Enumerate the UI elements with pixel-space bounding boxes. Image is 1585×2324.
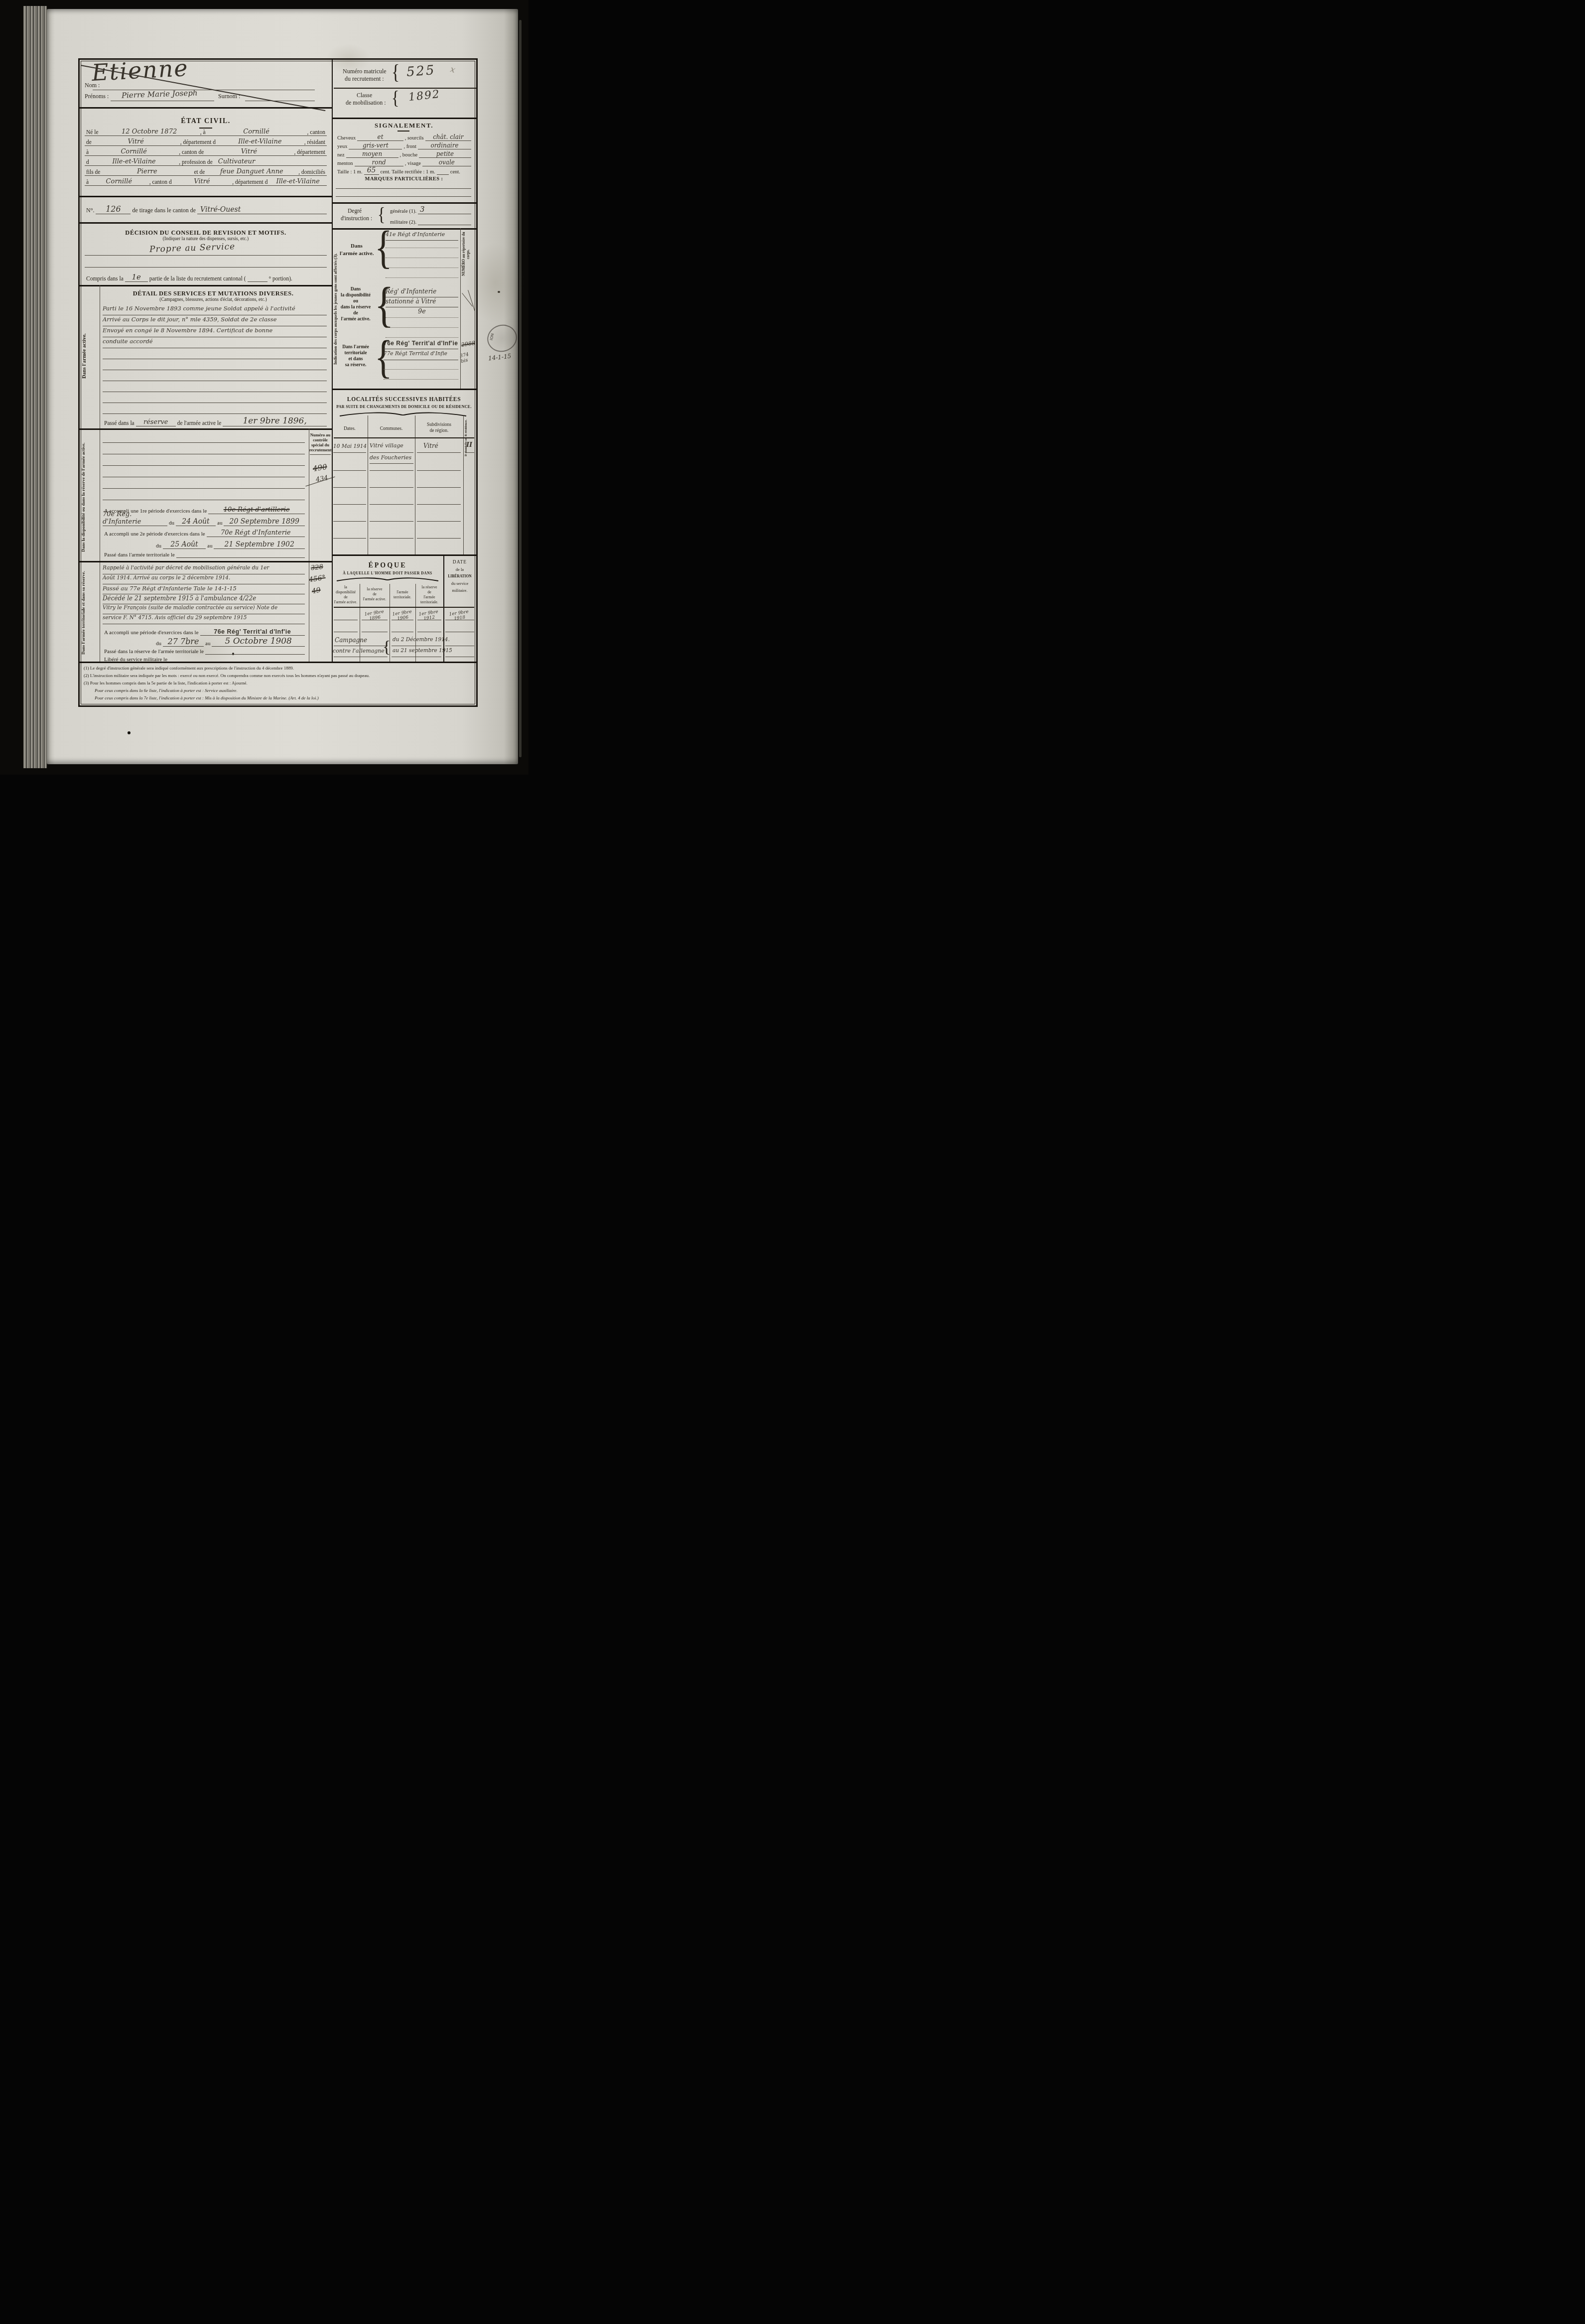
departement4-label: , département d xyxy=(232,179,267,185)
de-label: de xyxy=(86,139,92,145)
localites-subtitle: PAR SUITE DE CHANGEMENTS DE DOMICILE OU … xyxy=(332,405,476,409)
blank-rule xyxy=(445,632,474,632)
scanned-photo: Nom : Etienne Prénoms : Pierre Marie Jos… xyxy=(0,0,528,775)
bouche-value: petite xyxy=(419,150,471,158)
section-rule xyxy=(332,554,476,556)
passe-territoriale-label: Passé dans l'armée territoriale le xyxy=(104,552,175,558)
corps-numero-rule xyxy=(460,228,461,389)
tirage-no-label: N°. xyxy=(86,207,94,214)
corps-active-label-1: Dans xyxy=(351,243,363,249)
blank-rule xyxy=(333,538,366,539)
row-rule xyxy=(465,452,474,453)
epoque-value-reserve-terr: 1er 9bre 1912 xyxy=(414,609,444,623)
prenoms-label: Prénoms : xyxy=(85,93,109,100)
blank-rule xyxy=(445,657,474,657)
row-rule xyxy=(392,646,441,646)
compris-pre: Compris dans la xyxy=(86,276,124,282)
section-rule xyxy=(80,561,332,562)
periode1-line2: 70e Rég. d'Infanterie du 24 Août au 20 S… xyxy=(103,515,305,526)
corps-numero-label: NUMÉRO au répertoire du corps. xyxy=(461,230,475,278)
residence-commune-value: Cornillé xyxy=(90,148,177,155)
periode2-au-value: 21 Septembre 1902 xyxy=(214,541,305,549)
section-rule xyxy=(80,196,332,197)
localites-row-commune-2: des Foucheries xyxy=(370,454,414,461)
section-rule xyxy=(80,222,332,224)
epoque-col4-line2: de xyxy=(415,590,443,594)
epoque-title: ÉPOQUE xyxy=(332,562,443,570)
bouche-label: , bouche xyxy=(400,152,418,158)
corps-terr-handwritten: 77e Régt Territal d'Infie xyxy=(384,351,458,360)
localites-col-dates: Dates. xyxy=(332,426,368,431)
campagne-brace: { xyxy=(383,638,391,657)
mere-value: feue Danguet Anne xyxy=(206,168,297,175)
row-rule xyxy=(370,452,413,453)
compris-line: Compris dans la 1e partie de la liste du… xyxy=(85,272,327,282)
localites-col-subdiv-1: Subdivisions xyxy=(415,422,463,427)
degre-generale-value: 3 xyxy=(418,205,471,214)
taille-post: cent. xyxy=(450,169,460,175)
corps-dispo-label-2: la disponibilité xyxy=(335,293,377,298)
degre-label-2: d'instruction : xyxy=(341,216,372,222)
periode2-corps: 70e Régt d'Infanterie xyxy=(207,529,305,537)
campagne-line-2: contre l'allemagne xyxy=(333,648,385,654)
matricule-label-line1: Numéro matricule xyxy=(343,68,387,75)
matricule-form: Nom : Etienne Prénoms : Pierre Marie Jos… xyxy=(78,58,478,707)
menton-value: rond xyxy=(355,159,403,166)
epoque-date-label-5: militaire. xyxy=(443,588,476,593)
book-page-stack-edge xyxy=(23,6,47,768)
epoque-col1-line2: disponibilité xyxy=(332,590,360,594)
localites-row-date: 10 Mai 1914 xyxy=(333,443,367,449)
blank-dotted-rule xyxy=(386,267,458,268)
services-title: DÉTAIL DES SERVICES ET MUTATIONS DIVERSE… xyxy=(100,290,327,297)
blank-rule xyxy=(85,267,327,268)
blank-rule xyxy=(417,538,461,539)
front-value: ordinaire xyxy=(418,142,471,149)
taille-mid: cent. Taille rectifiée : 1 m. xyxy=(381,169,435,175)
ne-le-value: 12 Octobre 1872 xyxy=(100,128,199,136)
passe-mid: de l'armée active le xyxy=(177,420,222,426)
corps-terr-number-struck: 2988 xyxy=(461,340,476,348)
stamp-text-fragment: ION xyxy=(489,333,495,341)
blank-rule xyxy=(362,632,388,632)
epoque-col4-line3: l'armée xyxy=(415,595,443,599)
epoque-col4-line4: territoriale. xyxy=(415,600,443,604)
passe-value: réserve xyxy=(136,418,176,426)
departement-label: , département d xyxy=(180,139,216,145)
domicile-commune-value: Cornillé xyxy=(90,178,148,185)
margin-number-3: 49 xyxy=(311,586,321,596)
degre-militaire-line: militaire (2). xyxy=(389,217,471,225)
degre-generale-line: générale (1). 3 xyxy=(389,206,471,214)
matricule-value: 525 xyxy=(406,63,436,80)
departement4-value: Ille-et-Vilaine xyxy=(269,178,327,185)
signalement-line3: nez moyen , bouche petite xyxy=(336,149,471,158)
blank-rule xyxy=(103,454,305,454)
blank-rule xyxy=(103,359,327,359)
epoque-date-label-4: du service xyxy=(443,581,476,586)
a4-label: à xyxy=(86,179,89,185)
blank-rule xyxy=(370,487,413,488)
localites-row-subdivision: Vitré xyxy=(423,442,458,449)
campagne-line-1: Campagne xyxy=(335,637,367,644)
terr-au-value: 5 Octobre 1908 xyxy=(212,636,305,647)
cheveux-label: Cheveux xyxy=(337,136,356,141)
blank-rule xyxy=(103,370,327,370)
blank-dotted-rule xyxy=(384,369,458,370)
controle-header: Numéro au contrôle spécial du recrutemen… xyxy=(309,432,331,452)
pere-value: Pierre xyxy=(102,168,192,175)
blank-rule xyxy=(103,381,327,381)
blank-dotted-rule xyxy=(386,257,458,258)
blank-rule xyxy=(103,442,305,443)
a2-label: à xyxy=(86,149,89,155)
etat-civil-line6: à Cornillé , canton d Vitré , départemen… xyxy=(85,175,327,186)
row-rule xyxy=(334,657,388,657)
passe-reserve-line: Passé dans la réserve de l'armée active … xyxy=(103,415,327,426)
sourcils-label: , sourcils xyxy=(405,136,424,141)
canton4-label: , canton d xyxy=(149,179,172,185)
pencil-scribble xyxy=(468,290,475,311)
footnote-3: (3) Pour les hommes compris dans la 5e p… xyxy=(84,681,473,685)
lieu-naissance-value: Cornillé xyxy=(207,128,306,136)
corps-terr-label-3: et dans xyxy=(335,357,377,362)
controle-header-rule xyxy=(310,454,331,455)
profession-value: Cultivateur xyxy=(214,158,327,165)
periode2-du-label: du xyxy=(156,543,161,549)
degre-militaire-label: militaire (2). xyxy=(390,220,416,225)
services-subtitle: (Campagnes, blessures, actions d'éclat, … xyxy=(100,297,327,302)
signalement-dash xyxy=(397,131,409,132)
epoque-col2-line3: l'armée active. xyxy=(360,597,390,601)
localites-row-commune-1: Vitré village xyxy=(370,442,414,449)
footnotes-top-rule xyxy=(80,662,476,663)
tirage-line: N°. 126 de tirage dans le canton de Vitr… xyxy=(85,203,327,214)
periode1-au-value: 20 Septembre 1899 xyxy=(224,518,305,526)
compris-post: ° portion). xyxy=(269,276,292,282)
signalement-title: SIGNALEMENT. xyxy=(332,122,476,130)
header-bottom-rule-right xyxy=(332,118,476,119)
classe-label-line1: Classe xyxy=(357,92,372,99)
blank-rule xyxy=(370,521,413,522)
etat-civil-line3: à Cornillé , canton de Vitré , départeme… xyxy=(85,145,327,156)
side-label-disponibilite: Dans la disponibilité ou dans la réserve… xyxy=(81,436,93,558)
corps-dispo-label-4: dans la réserve xyxy=(335,305,377,310)
terr-line4: Décédé le 21 septembre 1915 à l'ambulanc… xyxy=(103,595,305,604)
corps-terr-label-2: territoriale xyxy=(335,351,377,356)
decision-title: DÉCISION DU CONSEIL DE REVISION ET MOTIF… xyxy=(80,229,332,237)
passe-date: 1er 9bre 1896, xyxy=(223,416,327,426)
blank-rule xyxy=(103,413,327,414)
blank-rule xyxy=(392,632,413,632)
compris-mid: partie de la liste du recrutement canton… xyxy=(149,276,246,282)
matricule-label-line2: du recrutement : xyxy=(345,75,384,83)
etat-civil-line5: fils de Pierre et de feue Danguet Anne ,… xyxy=(85,165,327,176)
epoque-col1-line3: de xyxy=(332,595,360,599)
surnom-label: Surnom : xyxy=(218,93,240,100)
row-rule xyxy=(334,646,388,646)
blank-rule xyxy=(370,538,413,539)
blank-rule xyxy=(362,620,388,620)
row-rule xyxy=(370,463,413,464)
epoque-value-reserve-active: 1er 9bre 1896 xyxy=(358,609,391,623)
header-bottom-rule-left xyxy=(80,107,332,109)
side-label-rule xyxy=(100,285,100,662)
blank-rule xyxy=(417,632,441,632)
row-rule xyxy=(392,657,441,657)
side-label-armee-active: Dans l'armée active. xyxy=(82,294,90,418)
corps-dispo-label-1: Dans xyxy=(335,287,377,292)
sourcils-value: chât. clair xyxy=(425,134,471,141)
blank-rule xyxy=(103,500,305,500)
register-page: Nom : Etienne Prénoms : Pierre Marie Jos… xyxy=(47,9,518,764)
ornament-brace xyxy=(336,577,439,581)
localites-col-subdiv-2: de région. xyxy=(415,428,463,433)
taille-line: Taille : 1 m. 65 cent. Taille rectifiée … xyxy=(336,166,471,175)
nez-label: nez xyxy=(337,152,345,158)
signalement-line2: yeux gris-vert , front ordinaire xyxy=(336,141,471,149)
blank-rule xyxy=(103,392,327,392)
controle-number-old: 490 xyxy=(312,462,328,473)
blank-dotted-rule xyxy=(386,277,458,278)
services-line2: Arrivé au Corps le dit jour, n° mle 4359… xyxy=(103,316,327,326)
row-rule xyxy=(333,452,366,453)
etat-civil-title: ÉTAT CIVIL. xyxy=(80,118,332,126)
side-label-territoriale: Dans l'armée territoriale et dans sa rés… xyxy=(81,568,93,658)
visage-value: ovale xyxy=(422,159,471,166)
blank-rule xyxy=(103,403,327,403)
periode2-pre: A accompli une 2e période d'exercices da… xyxy=(104,531,205,537)
canton2-value: Vitré xyxy=(205,148,292,155)
campagne-au-value: au 21 septembre 1915 xyxy=(393,648,457,654)
canton-naissance-value: Vitré xyxy=(93,138,179,145)
next-page-edge xyxy=(519,20,522,757)
localites-col-rule-2 xyxy=(415,415,415,554)
blank-rule xyxy=(370,504,413,505)
row-rule xyxy=(417,452,461,453)
compris-blank xyxy=(248,281,267,282)
footnote-5: Pour ceux compris dans la 7e liste, l'in… xyxy=(95,695,473,700)
blank-rule xyxy=(103,465,305,466)
periode1-corps: 70e Rég. d'Infanterie xyxy=(103,511,167,526)
periode2-au-label: au xyxy=(207,543,212,549)
classe-value: 1892 xyxy=(408,88,441,104)
epoque-date-label-1: DATE xyxy=(443,560,476,565)
localites-title: LOCALITÉS SUCCESSIVES HABITÉES xyxy=(332,397,476,403)
blank-rule xyxy=(336,196,471,197)
footnote-1: (1) Le degré d'instruction générale sera… xyxy=(84,666,473,671)
nom-rule xyxy=(93,90,315,90)
fils-de-label: fils de xyxy=(86,169,100,175)
localites-header-rule xyxy=(334,437,474,438)
ink-dot xyxy=(128,731,131,734)
periode1-au-label: au xyxy=(217,520,222,526)
blank-rule xyxy=(334,620,358,620)
passe-territoriale-blank xyxy=(176,557,305,558)
periode1-du-label: du xyxy=(169,520,174,526)
residant-label: , résidant xyxy=(304,139,325,145)
localites-col-rule-3 xyxy=(463,415,464,554)
terr-line1: Rappelé à l'activité par décret de mobil… xyxy=(103,565,305,574)
degre-militaire-blank xyxy=(418,225,471,225)
corps-dispo-value-1: Rég' d'Infanterie xyxy=(386,288,458,297)
terr-du-au-line: du 27 7bre au 5 Octobre 1908 xyxy=(154,635,305,647)
blank-rule xyxy=(417,470,461,471)
ne-le-label: Né le xyxy=(86,130,99,136)
section-rule xyxy=(332,228,476,230)
nez-value: moyen xyxy=(346,150,398,158)
blank-dotted-rule xyxy=(386,327,458,328)
controle-column-rule xyxy=(309,428,309,662)
corps-active-value: 41e Régt d'Infanterie xyxy=(386,231,458,241)
domicilies-label: , domiciliés xyxy=(298,169,325,175)
epoque-header-rule xyxy=(334,607,474,608)
blank-rule xyxy=(333,470,366,471)
margin-number-2: 456° xyxy=(308,574,326,584)
departement-value: Ille-et-Vilaine xyxy=(217,138,303,145)
degre-label-1: Degré xyxy=(348,208,362,214)
campagne-du-value: du 2 Décembre 1914. xyxy=(393,637,457,643)
front-label: , front xyxy=(403,144,416,149)
section-rule xyxy=(80,428,332,430)
matricule-brace: { xyxy=(392,60,399,84)
epoque-col3-line1: l'armée xyxy=(390,590,415,594)
corps-terr-number: 374 bis xyxy=(459,350,477,364)
localites-col-rule-1 xyxy=(368,415,368,554)
tirage-text: de tirage dans le canton de xyxy=(132,207,196,214)
etat-civil-line1: Né le 12 Octobre 1872 , à Cornillé , can… xyxy=(85,126,327,136)
epoque-col2-line1: la réserve xyxy=(360,587,390,591)
tirage-no-value: 126 xyxy=(96,204,131,214)
blank-dotted-rule xyxy=(384,379,458,380)
corps-dispo-label-6: l'armée active. xyxy=(335,317,377,322)
departement2-label: , département xyxy=(294,149,325,155)
footnote-2: (2) L'instruction militaire sera indiqué… xyxy=(84,673,473,678)
terr-line5: Vitry le François (suite de maladie cont… xyxy=(103,605,305,614)
signalement-line1: Cheveux et , sourcils chât. clair xyxy=(336,133,471,141)
blank-rule xyxy=(103,477,305,477)
epoque-col1-line1: la xyxy=(332,585,360,589)
tirage-canton-value: Vitré-Ouest xyxy=(197,206,327,214)
stamp-date-handwritten: 14-1-15 xyxy=(488,353,512,362)
taille-rectifiee-blank xyxy=(437,174,449,175)
epoque-col4-line1: la réserve xyxy=(415,585,443,589)
services-line3: Envoyé en congé le 8 Novembre 1894. Cert… xyxy=(103,327,327,337)
surnom-rule xyxy=(245,101,315,101)
classe-brace: { xyxy=(392,87,399,109)
compris-value: 1e xyxy=(125,273,148,282)
blank-rule xyxy=(334,632,358,632)
classe-label-line2: de mobilisation : xyxy=(346,99,386,107)
blank-dotted-rule xyxy=(386,247,458,248)
matricule-classe-divider xyxy=(334,88,476,89)
signalement-line4: menton rond , visage ovale xyxy=(336,158,471,166)
section-rule xyxy=(80,285,332,286)
corps-dispo-label-5: de xyxy=(335,311,377,316)
blank-rule xyxy=(370,470,413,471)
epoque-date-label-2: de la xyxy=(443,567,476,572)
taille-value: 65 xyxy=(364,166,379,175)
periode2-line2: du 25 Août au 21 Septembre 1902 xyxy=(154,538,305,549)
epoque-col2-line2: de xyxy=(360,592,390,596)
corps-dispo-label-3: ou xyxy=(335,299,377,304)
periode1-du-value: 24 Août xyxy=(176,518,216,526)
section-rule xyxy=(332,202,476,204)
blank-rule xyxy=(333,487,366,488)
epoque-date-label-3: LIBÉRATION xyxy=(443,574,476,578)
epoque-col1-line4: l'armée active. xyxy=(332,600,360,604)
corps-active-label-2: l'armée active. xyxy=(340,251,374,257)
services-line1: Parti le 16 Novembre 1893 comme jeune So… xyxy=(103,305,327,315)
a-label: , à xyxy=(200,130,206,136)
visage-label: , visage xyxy=(405,161,421,166)
yeux-label: yeux xyxy=(337,144,347,149)
d3-label: d xyxy=(86,159,89,165)
et-de-label: et de xyxy=(194,169,205,175)
canton4-value: Vitré xyxy=(173,178,231,185)
corps-dispo-value-2: stationné à Vitré xyxy=(386,298,458,307)
blank-rule xyxy=(336,188,471,189)
epoque-subtitle: À LAQUELLE L'HOMME DOIT PASSER DANS xyxy=(332,571,443,575)
prenoms-rule xyxy=(111,101,214,101)
blank-dotted-rule xyxy=(386,337,458,338)
canton2-label: , canton de xyxy=(179,149,204,155)
localites-col-communes: Communes. xyxy=(368,426,415,431)
corps-terr-label-1: Dans l'armée xyxy=(335,345,377,350)
decision-rule xyxy=(85,255,327,256)
blank-rule xyxy=(417,487,461,488)
ornament-brace xyxy=(339,411,467,416)
section-rule xyxy=(332,389,476,390)
epoque-col3-line2: territoriale. xyxy=(390,595,415,599)
localites-row-dr-value: II xyxy=(466,441,475,449)
blank-rule xyxy=(392,620,413,620)
canton-label: , canton xyxy=(307,130,325,136)
menton-label: menton xyxy=(337,161,353,166)
marques-title: MARQUES PARTICULIÈRES : xyxy=(332,176,476,182)
passe-territoriale-line: Passé dans l'armée territoriale le xyxy=(103,549,305,558)
blank-dotted-rule xyxy=(386,317,458,318)
blank-rule xyxy=(417,504,461,505)
blank-rule xyxy=(445,620,474,620)
periode2-du-value: 25 Août xyxy=(163,541,206,549)
circular-postmark-stamp: ION xyxy=(484,321,521,355)
margin-number-1: 328 xyxy=(310,563,323,572)
decision-subtitle: (Indiquer la nature des dispenses, sursi… xyxy=(80,237,332,242)
pencil-cross-mark: x xyxy=(449,64,456,75)
blank-rule xyxy=(333,504,366,505)
cheveux-value: et xyxy=(357,134,403,141)
degre-generale-label: générale (1). xyxy=(390,209,416,214)
epoque-value-liberation: 1er 9bre 1918 xyxy=(443,609,476,623)
corps-terr-stamp: 76e Rég' Territ'al d'Inf'ie xyxy=(384,340,458,349)
passe-pre: Passé dans la xyxy=(104,420,134,426)
corps-terr-label-4: sa réserve. xyxy=(335,363,377,368)
corps-dispo-value-3: 9e xyxy=(386,308,458,316)
ink-dot xyxy=(498,291,500,293)
profession-label: , profession de xyxy=(179,159,212,165)
footnote-4: Pour ceux compris dans la 6e liste, l'in… xyxy=(95,688,473,693)
taille-pre: Taille : 1 m. xyxy=(337,169,363,175)
decision-value: Propre au Service xyxy=(149,242,236,255)
yeux-value: gris-vert xyxy=(349,142,402,149)
terr-du-value: 27 7bre xyxy=(163,637,204,647)
blank-rule xyxy=(333,521,366,522)
departement3-value: Ille-et-Vilaine xyxy=(91,158,178,165)
periode1-corps-struck: 10e Régt d'artillerie xyxy=(208,506,305,514)
etat-civil-line4: d Ille-et-Vilaine , profession de Cultiv… xyxy=(85,155,327,166)
terr-line2: Août 1914. Arrivé au corps le 2 décembre… xyxy=(103,575,305,584)
